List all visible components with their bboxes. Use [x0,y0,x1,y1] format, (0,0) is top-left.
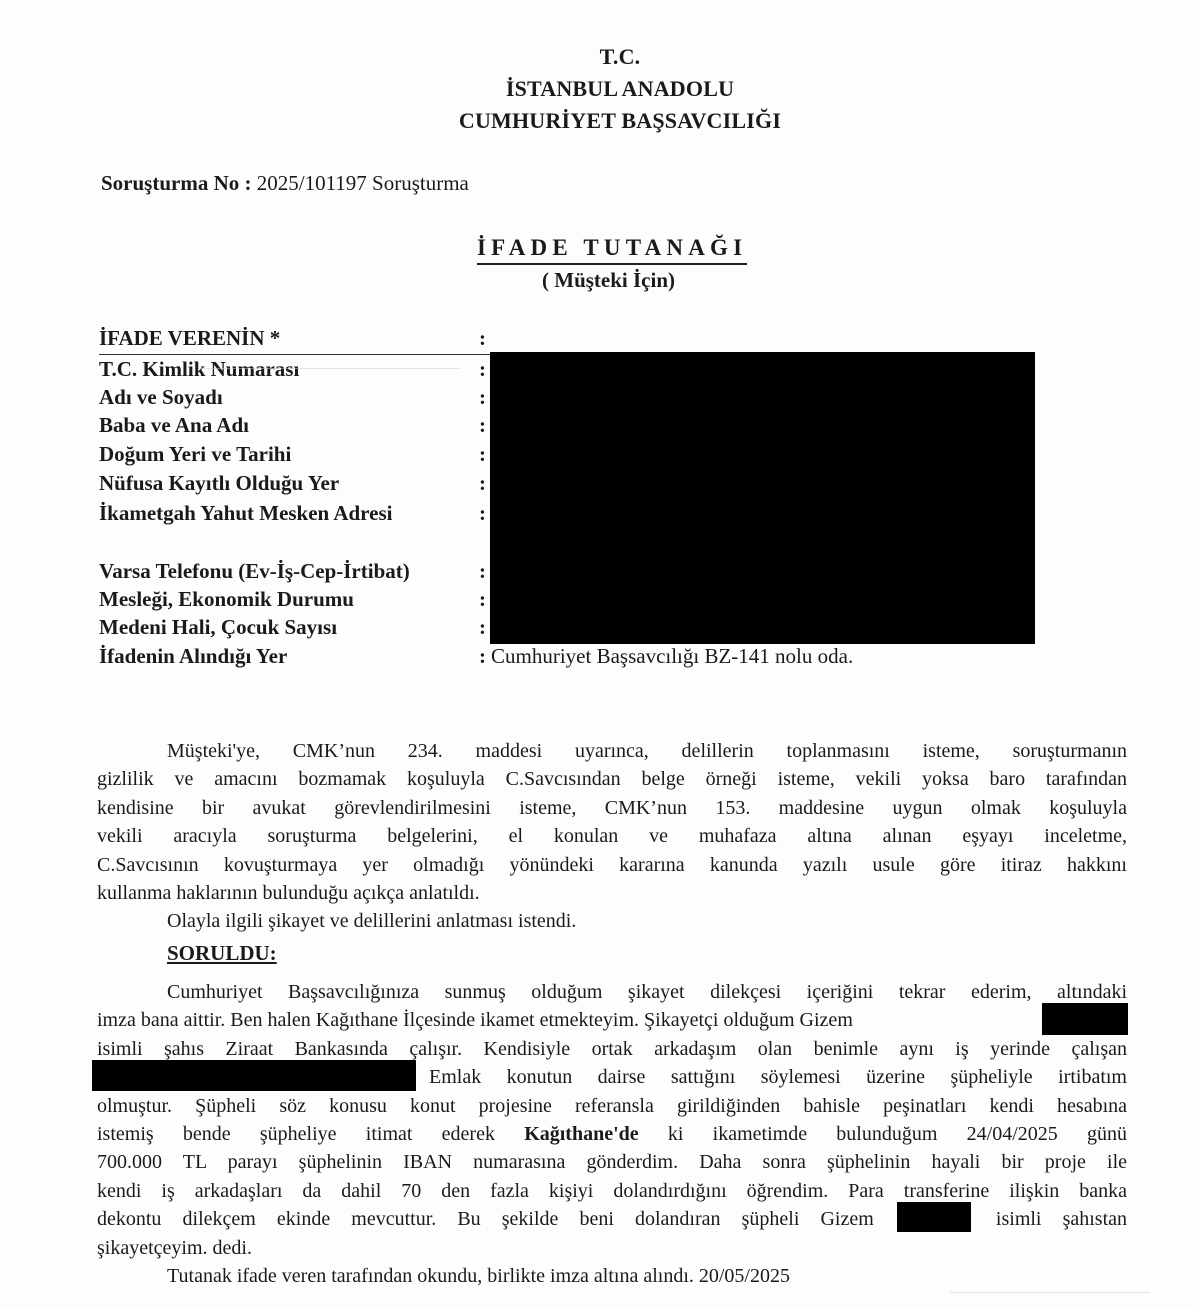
footer-signature-line: Tutanak ifade veren tarafından okundu, b… [167,1265,790,1288]
field-colon: : [479,471,486,496]
field-colon: : [479,385,486,410]
field-label: T.C. Kimlik Numarası [99,357,299,382]
header-tc: T.C. [0,44,1198,70]
statement-text: dekontu dilekçem ekinde mevcuttur. Bu şe… [97,1208,874,1230]
case-number: Soruşturma No : 2025/101197 Soruşturma [101,171,469,196]
header-office: CUMHURİYET BAŞSAVCILIĞI [0,108,1198,134]
paragraph-line: Müşteki'ye, CMK’nun 234. maddesi uyarınc… [97,737,1127,765]
field-colon: : [479,326,486,351]
statement-line: olmuştur. Şüpheli söz konusu konut proje… [97,1092,1127,1120]
scan-artifact [200,368,460,369]
document-subtitle: ( Müşteki İçin) [542,268,675,293]
asked-heading: SORULDU: [167,941,277,966]
statement-line: kendi iş arkadaşları da dahil 70 den faz… [97,1177,1127,1205]
paragraph-line: kendisine bir avukat görevlendirilmesini… [97,794,1127,822]
redaction-block-surname-1 [1042,1003,1128,1035]
statement-location-bold: Kağıthane'de [524,1123,638,1145]
field-label: İfadenin Alındığı Yer [99,644,287,669]
field-colon: : [479,559,486,584]
field-colon: : [479,501,486,526]
field-label: Varsa Telefonu (Ev-İş-Cep-İrtibat) [99,559,410,584]
field-colon: : [479,413,486,438]
field-label: İFADE VERENİN * [99,326,280,351]
statement-line: istemiş bende şüpheliye itimat ederek Ka… [97,1120,1127,1148]
scan-artifact [950,1292,1150,1293]
field-label: Mesleği, Ekonomik Durumu [99,587,354,612]
field-colon: : [479,587,486,612]
paragraph-line: gizlilik ve amacını bozmamak koşuluyla C… [97,765,1127,793]
statement-line: imza bana aittir. Ben halen Kağıthane İl… [97,1006,1032,1034]
redaction-block-surname-2 [897,1202,971,1232]
statement-paragraph: Cumhuriyet Başsavcılığınıza sunmuş olduğ… [97,978,1127,1262]
field-label: Baba ve Ana Adı [99,413,249,438]
statement-line: dekontu dilekçem ekinde mevcuttur. Bu şe… [97,1205,1127,1233]
statement-text: istemiş bende şüpheliye itimat ederek [97,1123,495,1145]
paragraph-line: vekili aracıyla soruşturma belgelerini, … [97,822,1127,850]
statement-line: şikayetçeyim. dedi. [97,1234,1127,1262]
case-number-value: 2025/101197 Soruşturma [257,171,469,195]
field-label: Nüfusa Kayıtlı Olduğu Yer [99,471,339,496]
redaction-block-name [92,1060,416,1091]
document-title: İFADE TUTANAĞI [477,235,747,265]
paragraph-line: C.Savcısının kovuşturmaya yer olmadığı y… [97,851,1127,879]
field-colon: : [479,442,486,467]
field-label: Adı ve Soyadı [99,385,223,410]
field-row-header: İFADE VERENİN * : [99,326,491,355]
header-city: İSTANBUL ANADOLU [0,76,1198,102]
statement-line: 700.000 TL parayı şüphelinin IBAN numara… [97,1148,1127,1176]
statement-text: isimli şahıstan [996,1208,1127,1230]
paragraph-line: kullanma haklarının bulunduğu açıkça anl… [97,879,1127,907]
statement-line: isimli şahıs Ziraat Bankasında çalışır. … [97,1035,1127,1063]
statement-line: Cumhuriyet Başsavcılığınıza sunmuş olduğ… [97,978,1127,1006]
request-line: Olayla ilgili şikayet ve delillerini anl… [97,907,1127,935]
redaction-block-personal-info [490,352,1035,644]
field-colon: : [479,357,486,382]
field-label: Doğum Yeri ve Tarihi [99,442,291,467]
field-value: Cumhuriyet Başsavcılığı BZ-141 nolu oda. [491,644,853,669]
rights-paragraph: Müşteki'ye, CMK’nun 234. maddesi uyarınc… [97,737,1127,936]
field-colon: : [479,644,486,669]
statement-document: T.C. İSTANBUL ANADOLU CUMHURİYET BAŞSAVC… [0,0,1198,1308]
field-colon: : [479,615,486,640]
field-label: İkametgah Yahut Mesken Adresi [99,501,392,526]
statement-text: ki ikametimde bulunduğum 24/04/2025 günü [668,1123,1127,1145]
case-number-label: Soruşturma No : [101,171,252,195]
field-label: Medeni Hali, Çocuk Sayısı [99,615,337,640]
